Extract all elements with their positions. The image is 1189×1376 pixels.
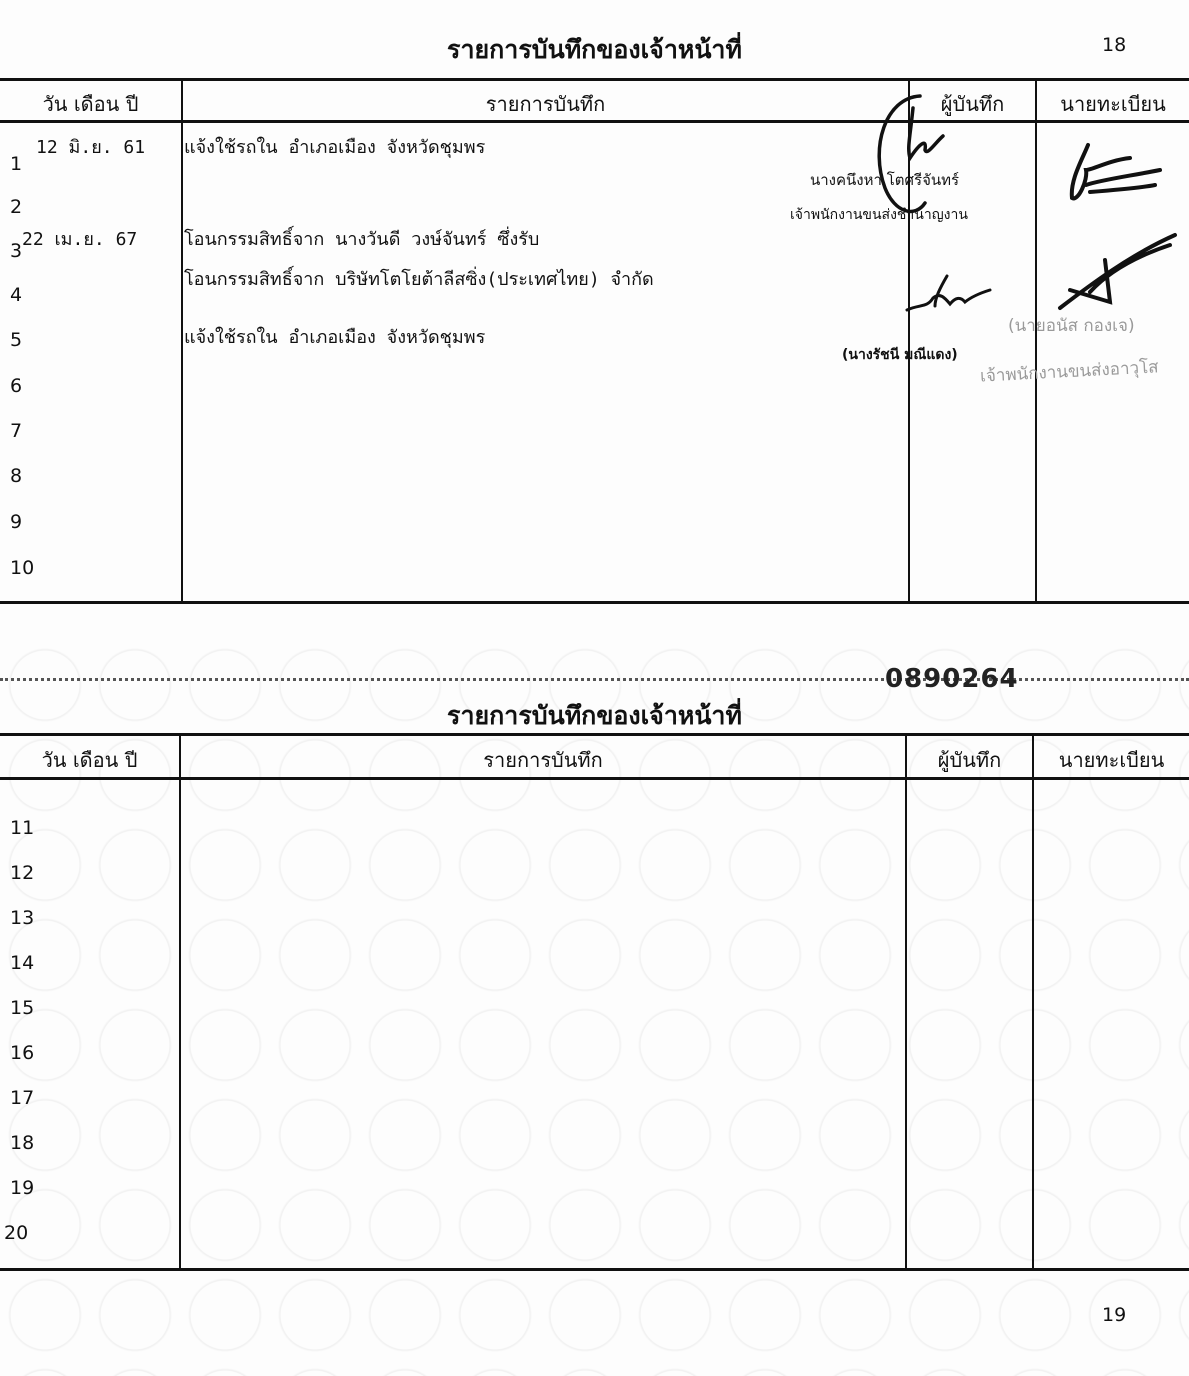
row-number: 11 [10, 817, 34, 839]
row-number: 16 [10, 1042, 34, 1064]
row-number: 8 [10, 465, 22, 487]
row-number: 3 [10, 240, 22, 262]
record-page-19: 0890264 รายการบันทึกของเจ้าหน้าที่ วัน เ… [0, 640, 1189, 1376]
row-number: 20 [4, 1222, 28, 1244]
row-number: 17 [10, 1087, 34, 1109]
registrar-signature-1 [1060, 140, 1170, 210]
row-number: 9 [10, 511, 22, 533]
entry-date: 12 มิ.ย. 61 [36, 132, 145, 161]
row-number: 5 [10, 329, 22, 351]
row-number: 19 [10, 1177, 34, 1199]
column-header-recorder: ผู้บันทึก [907, 744, 1032, 776]
column-header-entry: รายการบันทึก [183, 88, 908, 120]
column-header-registrar: นายทะเบียน [1037, 88, 1189, 120]
registrar-signature-2 [1050, 230, 1189, 320]
row-number: 12 [10, 862, 34, 884]
column-header-entry: รายการบันทึก [181, 744, 905, 776]
column-header-date: วัน เดือน ปี [0, 744, 179, 776]
entry-text: แจ้งใช้รถใน อำเภอเมือง จังหวัดชุมพร [184, 322, 485, 351]
row-number: 10 [10, 557, 34, 579]
row-number: 6 [10, 375, 22, 397]
row-number: 18 [10, 1132, 34, 1154]
entry-text: โอนกรรมสิทธิ์จาก บริษัทโตโยต้าลีสซิ่ง(ปร… [184, 264, 654, 293]
entry-date: 22 เม.ย. 67 [22, 224, 137, 253]
entry-text: แจ้งใช้รถใน อำเภอเมือง จังหวัดชุมพร [184, 132, 485, 161]
page-number: 18 [1102, 34, 1126, 56]
record-page-18: รายการบันทึกของเจ้าหน้าที่ 18 วัน เดือน … [0, 0, 1189, 605]
row-number: 1 [10, 153, 22, 175]
recorder-name: (นางรัชนี มณีแดง) [842, 344, 958, 366]
page-title: รายการบันทึกของเจ้าหน้าที่ [0, 30, 1189, 70]
row-number: 7 [10, 420, 22, 442]
page-title: รายการบันทึกของเจ้าหน้าที่ [0, 696, 1189, 736]
row-number: 15 [10, 997, 34, 1019]
entry-text: โอนกรรมสิทธิ์จาก นางวันดี วงษ์จันทร์ ซึ่… [184, 224, 539, 253]
row-number: 14 [10, 952, 34, 974]
recorder-signature-1 [865, 88, 955, 228]
registrar-title: เจ้าพนักงานขนส่งอาวุโส [979, 353, 1159, 389]
column-header-date: วัน เดือน ปี [0, 88, 181, 120]
row-number: 13 [10, 907, 34, 929]
recorder-signature-2 [905, 268, 1005, 328]
serial-number: 0890264 [885, 664, 1019, 694]
column-header-registrar: นายทะเบียน [1034, 744, 1189, 776]
row-number: 4 [10, 284, 22, 306]
row-number: 2 [10, 196, 22, 218]
page-number: 19 [1102, 1304, 1126, 1326]
